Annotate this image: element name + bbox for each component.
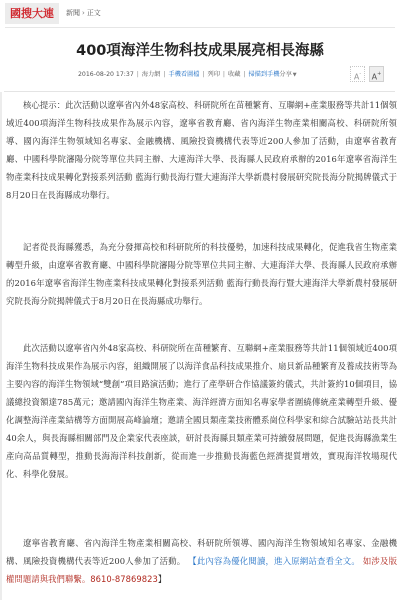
breadcrumb-news[interactable]: 新聞 [66,8,80,18]
note-open-bracket: 【 [188,556,197,566]
mobile-read-link[interactable]: 手機看圖檔 [169,70,200,80]
meta-separator: | [137,70,139,80]
scan-to-phone-link[interactable]: 掃描到手機 [248,70,279,80]
print-link[interactable]: 列印 [208,70,220,80]
caret-down-icon[interactable]: ▼ [293,70,297,80]
breadcrumb-separator-icon: › [82,8,85,18]
view-original-link[interactable]: 此內容為優化閱讀，進入原網站查看全文。 [197,556,360,566]
article-body: 核心提示：此次活動以遼寧省內外48家高校、科研院所在苗種繁育、互聯網+產業服務等… [0,92,400,600]
article-meta: 2016-08-20 17:37|海力網|手機看圖檔|列印|收藏|掃描到手機分享… [78,70,297,80]
top-divider [5,27,395,28]
share-button[interactable]: 分享 [279,70,291,80]
font-increase-button[interactable]: A+ [369,66,384,82]
body-paragraph: 記者從長海縣獲悉，為充分發揮高校和科研院所的科技優勢，加速科技成果轉化，促進我省… [6,238,397,310]
breadcrumb: 新聞›正文 [66,8,101,18]
top-nav-bar: 國搜大連 新聞›正文 [0,0,400,28]
meta-separator: | [223,70,225,80]
plus-mark: + [377,71,381,77]
favorite-link[interactable]: 收藏 [228,70,240,80]
breadcrumb-current: 正文 [87,8,101,18]
meta-separator: | [202,70,204,80]
body-paragraph: 此次活動以遼寧省內外48家高校、科研院所在苗種繁育、互聯網+產業服務等共計11個… [6,339,397,483]
meta-separator: | [163,70,165,80]
closing-paragraph: 遼寧省教育廳、省內海洋生物產業相關高校、科研院所領導、國內海洋生物領域知名專家、… [6,534,397,588]
publish-datetime: 2016-08-20 17:37 [78,70,134,80]
article-source: 海力網 [142,70,161,80]
note-close-bracket: 】 [158,574,166,584]
minus-mark: - [359,71,361,77]
summary-paragraph: 核心提示：此次活動以遼寧省內外48家高校、科研院所在苗種繁育、互聯網+產業服務等… [6,96,397,204]
site-logo[interactable]: 國搜大連 [5,3,59,24]
font-decrease-button[interactable]: A- [350,66,365,82]
meta-separator: | [243,70,245,80]
article-title: 400項海洋生物科技成果展亮相長海縣 [0,41,400,61]
